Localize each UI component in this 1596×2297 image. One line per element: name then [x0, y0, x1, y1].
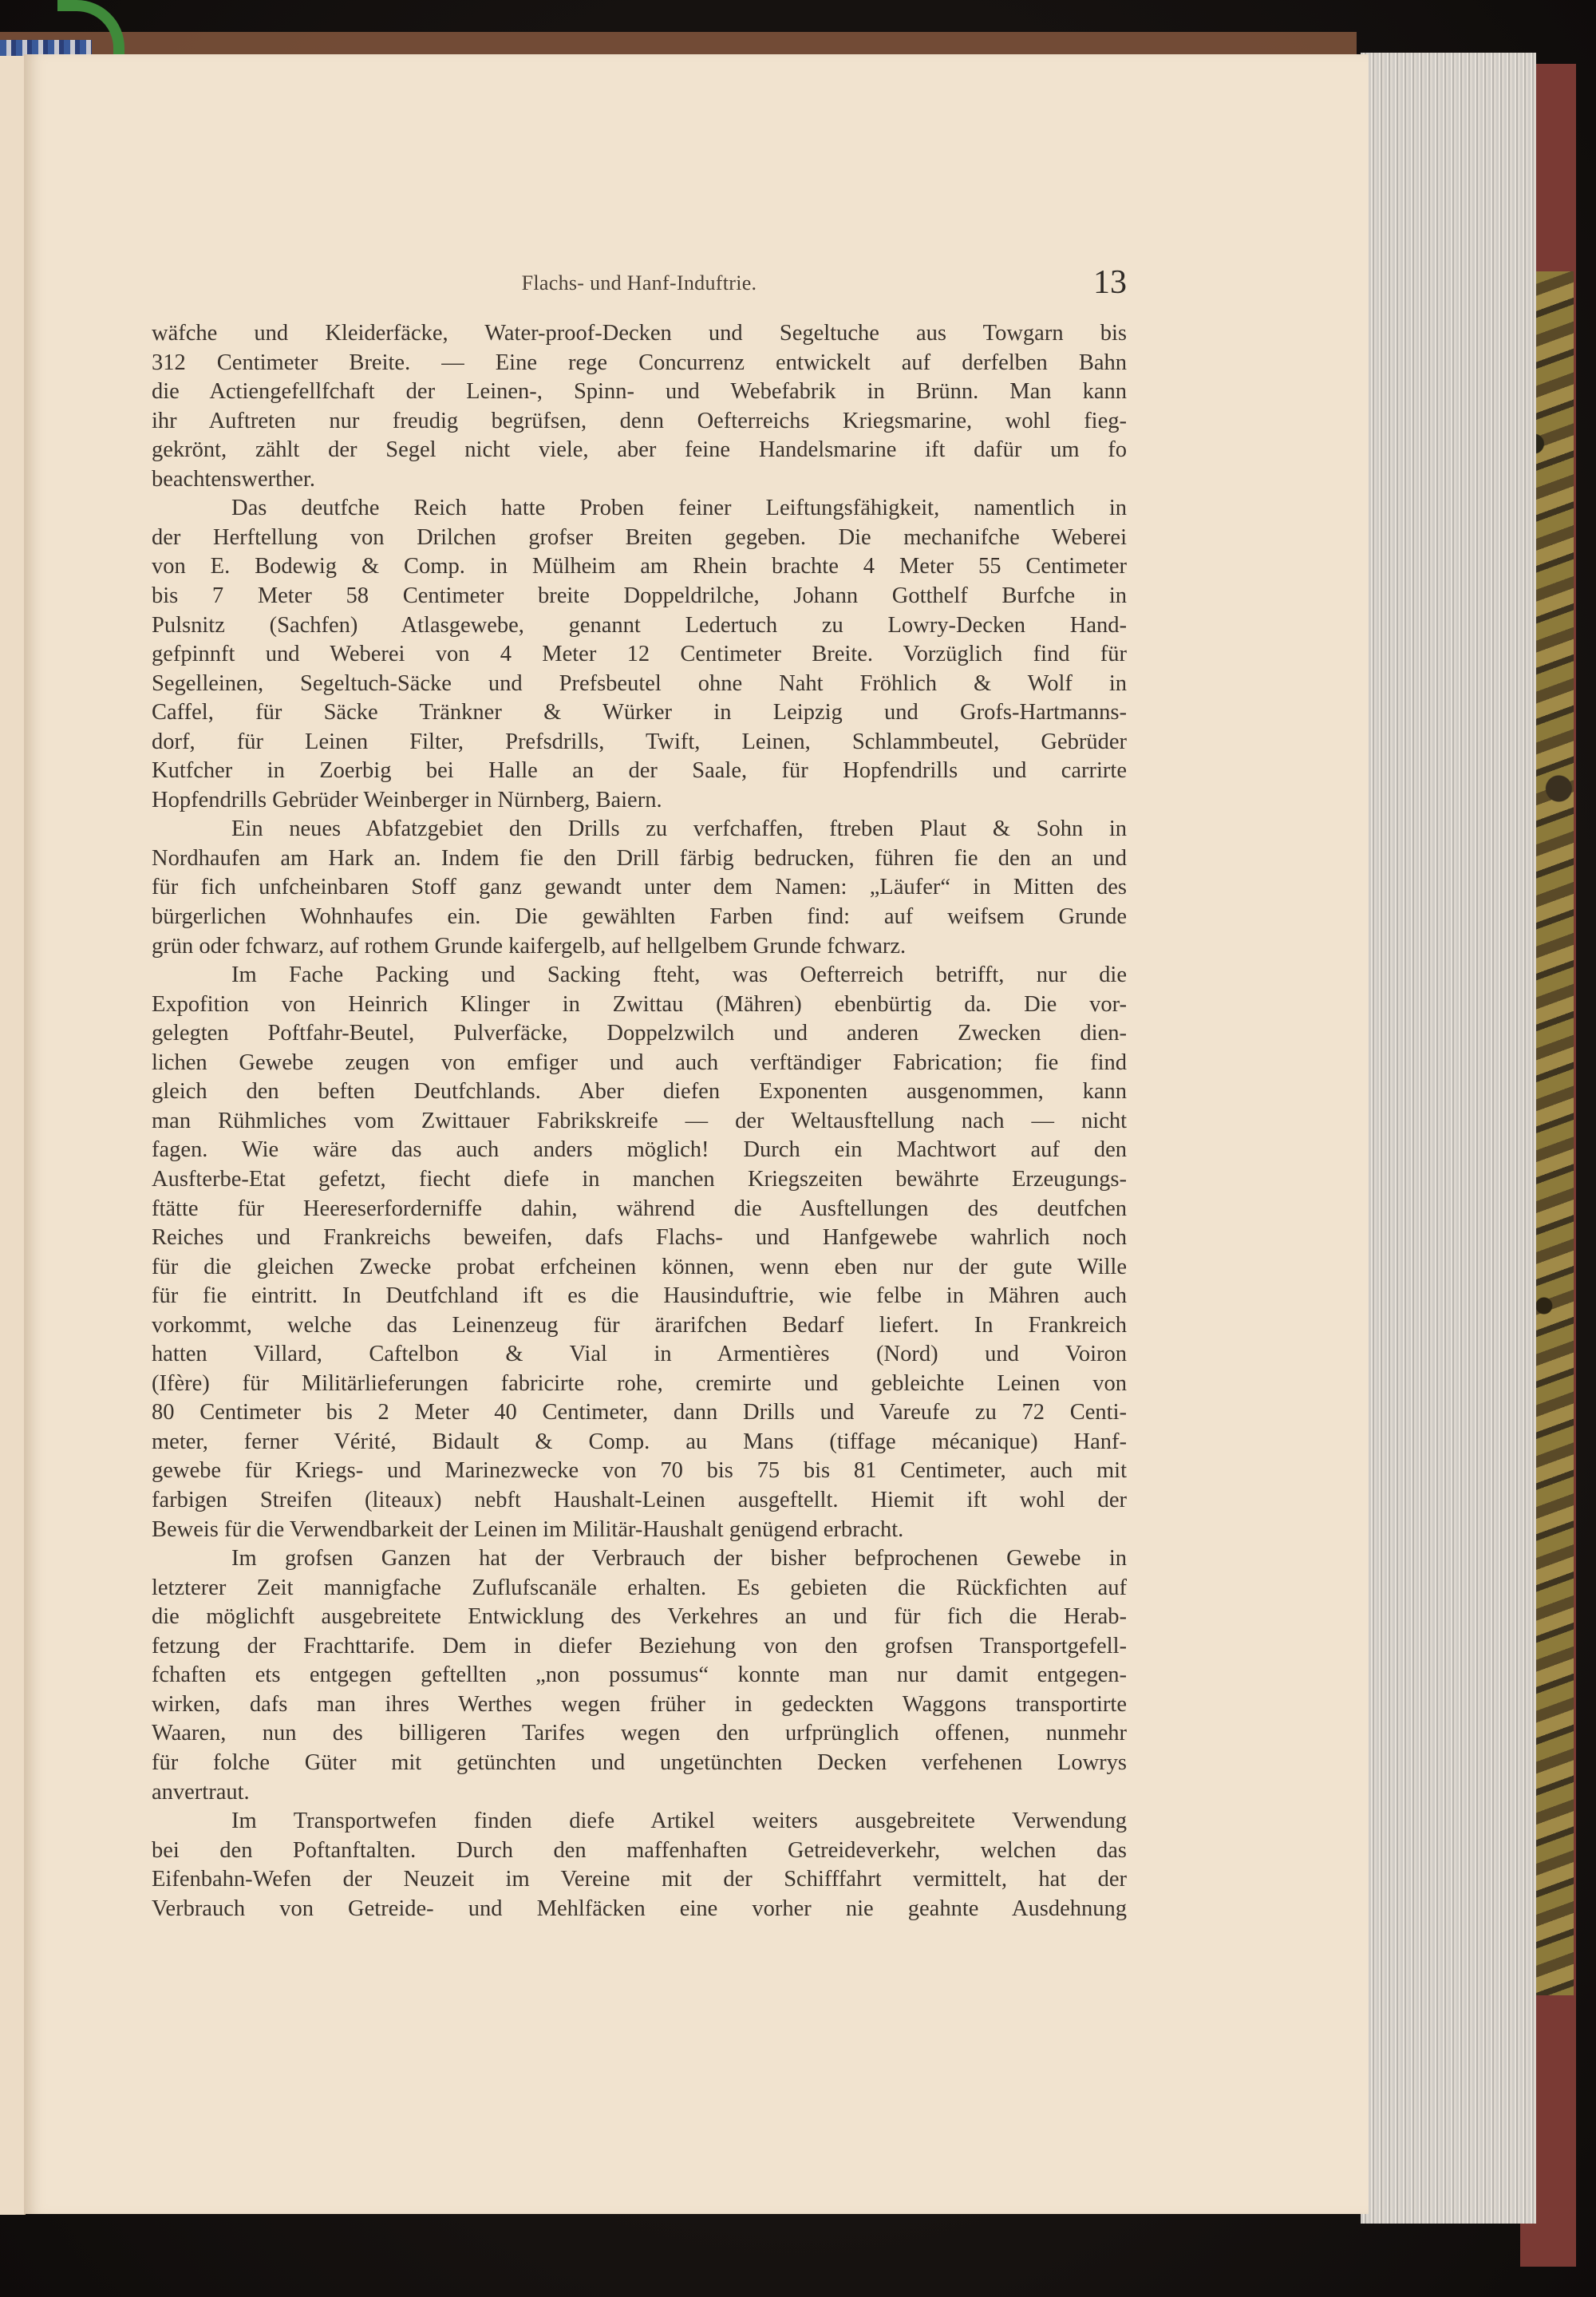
- text-line: Segelleinen, Segeltuch-Säcke und Prefsbe…: [152, 670, 1127, 698]
- running-title: Flachs- und Hanf-Induftrie.: [152, 271, 1127, 295]
- text-line: ihr Auftreten nur freudig begrüfsen, den…: [152, 407, 1127, 436]
- text-line: 312 Centimeter Breite. — Eine rege Concu…: [152, 349, 1127, 378]
- text-line: für fie eintritt. In Deutfchland ift es …: [152, 1282, 1127, 1311]
- text-line: gefpinnft und Weberei von 4 Meter 12 Cen…: [152, 640, 1127, 669]
- text-line: für folche Güter mit getünchten und unge…: [152, 1749, 1127, 1777]
- text-line: anvertraut.: [152, 1778, 1127, 1807]
- text-line: letzterer Zeit mannigfache Zuflufscanäle…: [152, 1574, 1127, 1603]
- text-line: (Ifère) für Militärlieferungen fabricirt…: [152, 1370, 1127, 1398]
- text-line: gleich den beften Deutfchlands. Aber die…: [152, 1077, 1127, 1106]
- text-line: Im grofsen Ganzen hat der Verbrauch der …: [152, 1544, 1127, 1573]
- text-line: Hopfendrills Gebrüder Weinberger in Nürn…: [152, 786, 1127, 815]
- text-line: die möglichft ausgebreitete Entwicklung …: [152, 1603, 1127, 1631]
- page-header: Flachs- und Hanf-Induftrie. 13: [152, 263, 1127, 303]
- text-line: wirken, dafs man ihres Werthes wegen frü…: [152, 1690, 1127, 1719]
- text-line: der Herftellung von Drilchen grofser Bre…: [152, 524, 1127, 552]
- text-line: Beweis für die Verwendbarkeit der Leinen…: [152, 1516, 1127, 1544]
- page-edges-stack: [1361, 53, 1536, 2224]
- text-line: bis 7 Meter 58 Centimeter breite Doppeld…: [152, 582, 1127, 611]
- text-line: farbigen Streifen (liteaux) nebft Hausha…: [152, 1486, 1127, 1515]
- text-line: gewebe für Kriegs- und Marinezwecke von …: [152, 1457, 1127, 1485]
- text-line: die Actiengefellfchaft der Leinen-, Spin…: [152, 378, 1127, 406]
- text-line: bei den Poftanftalten. Durch den maffenh…: [152, 1836, 1127, 1865]
- text-line: lichen Gewebe zeugen von emfiger und auc…: [152, 1049, 1127, 1077]
- left-page-edge: [0, 56, 26, 2215]
- text-line: Nordhaufen am Hark an. Indem fie den Dri…: [152, 844, 1127, 873]
- text-line: Waaren, nun des billigeren Tarifes wegen…: [152, 1719, 1127, 1748]
- text-line: Das deutfche Reich hatte Proben feiner L…: [152, 494, 1127, 523]
- text-line: gekrönt, zählt der Segel nicht viele, ab…: [152, 436, 1127, 465]
- text-line: Im Fache Packing und Sacking fteht, was …: [152, 961, 1127, 990]
- text-line: Caffel, für Säcke Tränkner & Würker in L…: [152, 698, 1127, 727]
- text-line: 80 Centimeter bis 2 Meter 40 Centimeter,…: [152, 1398, 1127, 1427]
- text-line: Expofition von Heinrich Klinger in Zwitt…: [152, 990, 1127, 1019]
- page-number: 13: [1093, 263, 1127, 302]
- text-line: für fich unfcheinbaren Stoff ganz gewand…: [152, 873, 1127, 902]
- text-line: meter, ferner Vérité, Bidault & Comp. au…: [152, 1428, 1127, 1457]
- text-line: gelegten Poftfahr-Beutel, Pulverfäcke, D…: [152, 1019, 1127, 1048]
- text-line: grün oder fchwarz, auf rothem Grunde kai…: [152, 932, 1127, 961]
- text-line: wäfche und Kleiderfäcke, Water-proof-Dec…: [152, 319, 1127, 348]
- text-line: Im Transportwefen finden diefe Artikel w…: [152, 1807, 1127, 1836]
- text-line: ftätte für Heereserforderniffe dahin, wä…: [152, 1195, 1127, 1224]
- text-line: für die gleichen Zwecke probat erfcheine…: [152, 1253, 1127, 1282]
- text-line: Verbrauch von Getreide- und Mehlfäcken e…: [152, 1895, 1127, 1923]
- text-line: beachtenswerther.: [152, 465, 1127, 494]
- text-line: Ein neues Abfatzgebiet den Drills zu ver…: [152, 815, 1127, 844]
- text-line: man Rühmliches vom Zwittauer Fabrikskrei…: [152, 1107, 1127, 1136]
- text-line: fetzung der Frachttarife. Dem in diefer …: [152, 1632, 1127, 1661]
- text-line: Reiches und Frankreichs beweifen, dafs F…: [152, 1224, 1127, 1252]
- text-line: Ausfterbe-Etat gefetzt, fiecht diefe in …: [152, 1165, 1127, 1194]
- text-line: Eifenbahn-Wefen der Neuzeit im Vereine m…: [152, 1865, 1127, 1894]
- text-line: fagen. Wie wäre das auch anders möglich!…: [152, 1136, 1127, 1164]
- text-line: dorf, für Leinen Filter, Prefsdrills, Tw…: [152, 728, 1127, 757]
- text-line: von E. Bodewig & Comp. in Mülheim am Rhe…: [152, 552, 1127, 581]
- text-line: bürgerlichen Wohnhaufes ein. Die gewählt…: [152, 903, 1127, 931]
- text-line: Kutfcher in Zoerbig bei Halle an der Saa…: [152, 757, 1127, 785]
- text-line: hatten Villard, Caftelbon & Vial in Arme…: [152, 1340, 1127, 1369]
- text-line: fchaften ets entgegen geftellten „non po…: [152, 1661, 1127, 1690]
- text-line: Pulsnitz (Sachfen) Atlasgewebe, genannt …: [152, 611, 1127, 640]
- text-line: vorkommt, welche das Leinenzeug für ärar…: [152, 1311, 1127, 1340]
